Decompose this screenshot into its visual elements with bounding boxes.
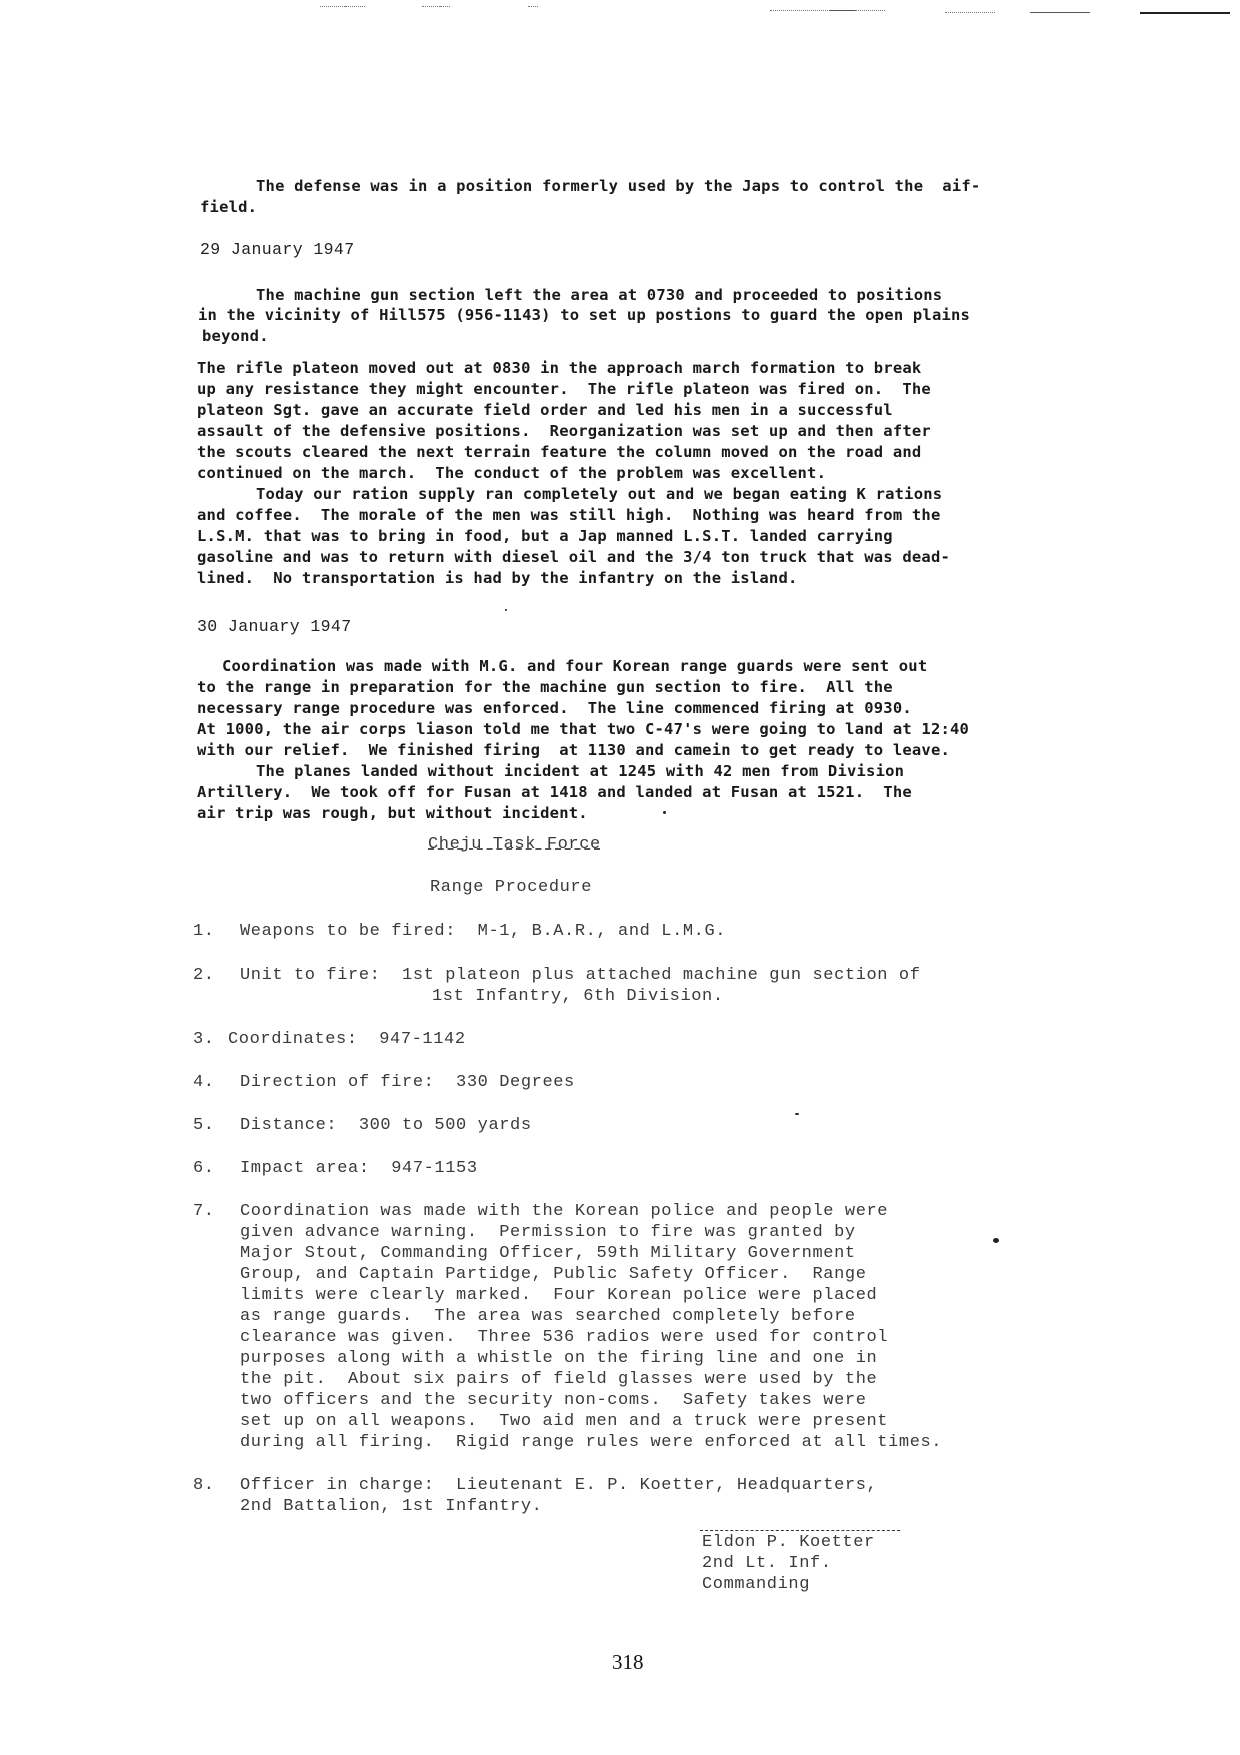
paragraph-line: Artillery. We took off for Fusan at 1418…	[197, 783, 912, 801]
item-text: clearance was given. Three 536 radios we…	[240, 1328, 888, 1347]
item-text: given advance warning. Permission to fir…	[240, 1223, 856, 1242]
item-text: Major Stout, Commanding Officer, 59th Mi…	[240, 1244, 856, 1263]
paragraph-line: Today our ration supply ran completely o…	[256, 485, 942, 503]
paragraph-line: L.S.M. that was to bring in food, but a …	[197, 527, 893, 545]
item-text: as range guards. The area was searched c…	[240, 1307, 856, 1326]
paragraph-line: in the vicinity of Hill575 (956-1143) to…	[198, 306, 970, 324]
signature-line	[700, 1530, 900, 1531]
paragraph-line: up any resistance they might encounter. …	[197, 380, 931, 398]
item-number: 7.	[193, 1202, 215, 1221]
item-text: the pit. About six pairs of field glasse…	[240, 1370, 877, 1389]
item-text: 2nd Battalion, 1st Infantry.	[240, 1497, 542, 1516]
item-number: 2.	[193, 966, 215, 985]
item-text: two officers and the security non-coms. …	[240, 1391, 867, 1410]
item-text: Weapons to be fired: M-1, B.A.R., and L.…	[240, 922, 726, 941]
scan-edge-marks	[0, 6, 1240, 16]
item-text: Officer in charge: Lieutenant E. P. Koet…	[240, 1476, 877, 1495]
paragraph-line: gasoline and was to return with diesel o…	[197, 548, 950, 566]
scan-speck	[795, 1113, 799, 1115]
item-text: during all firing. Rigid range rules wer…	[240, 1433, 942, 1452]
paragraph-line: with our relief. We finished firing at 1…	[197, 741, 950, 759]
item-text: Distance: 300 to 500 yards	[240, 1116, 532, 1135]
paragraph-line: the scouts cleared the next terrain feat…	[197, 443, 921, 461]
scan-speck	[663, 811, 666, 814]
item-text: 1st Infantry, 6th Division.	[432, 987, 724, 1006]
paragraph-line: The defense was in a position formerly u…	[256, 177, 980, 195]
date-heading: 30 January 1947	[197, 617, 352, 636]
paragraph-line: air trip was rough, but without incident…	[197, 804, 588, 822]
item-number: 5.	[193, 1116, 215, 1135]
scan-speck	[993, 1238, 999, 1243]
signature-rank: 2nd Lt. Inf.	[702, 1554, 832, 1573]
item-number: 1.	[193, 922, 215, 941]
page-number: 318	[612, 1650, 644, 1675]
paragraph-line: At 1000, the air corps liason told me th…	[197, 720, 969, 738]
item-number: 8.	[193, 1476, 215, 1495]
paragraph-line: field.	[200, 198, 257, 216]
item-text: Group, and Captain Partidge, Public Safe…	[240, 1265, 867, 1284]
item-text: Coordination was made with the Korean po…	[240, 1202, 888, 1221]
item-number: 6.	[193, 1159, 215, 1178]
paragraph-line: beyond.	[202, 327, 269, 345]
paragraph-line: plateon Sgt. gave an accurate field orde…	[197, 401, 893, 419]
paragraph-line: The machine gun section left the area at…	[256, 286, 942, 304]
item-text: purposes along with a whistle on the fir…	[240, 1349, 877, 1368]
item-text: Coordinates: 947-1142	[228, 1030, 466, 1049]
scan-speck	[505, 609, 507, 611]
item-text: Impact area: 947-1153	[240, 1159, 478, 1178]
paragraph-line: The planes landed without incident at 12…	[256, 762, 904, 780]
signature-name: Eldon P. Koetter	[702, 1533, 875, 1552]
paragraph-line: and coffee. The morale of the men was st…	[197, 506, 940, 524]
item-text: Unit to fire: 1st plateon plus attached …	[240, 966, 921, 985]
date-heading: 29 January 1947	[200, 240, 355, 259]
item-number: 4.	[193, 1073, 215, 1092]
paragraph-line: necessary range procedure was enforced. …	[197, 699, 912, 717]
item-text: Direction of fire: 330 Degrees	[240, 1073, 575, 1092]
document-page: The defense was in a position formerly u…	[0, 0, 1240, 1755]
section-subheading: Range Procedure	[430, 878, 592, 897]
item-text: limits were clearly marked. Four Korean …	[240, 1286, 877, 1305]
paragraph-line: The rifle plateon moved out at 0830 in t…	[197, 359, 921, 377]
paragraph-line: lined. No transportation is had by the i…	[197, 569, 798, 587]
paragraph-line: Coordination was made with M.G. and four…	[222, 657, 927, 675]
paragraph-line: to the range in preparation for the mach…	[197, 678, 893, 696]
paragraph-line: continued on the march. The conduct of t…	[197, 464, 826, 482]
section-heading: Cheju Task Force	[428, 835, 601, 854]
item-number: 3.	[193, 1030, 215, 1049]
paragraph-line: assault of the defensive positions. Reor…	[197, 422, 931, 440]
signature-title: Commanding	[702, 1575, 810, 1594]
item-text: set up on all weapons. Two aid men and a…	[240, 1412, 888, 1431]
